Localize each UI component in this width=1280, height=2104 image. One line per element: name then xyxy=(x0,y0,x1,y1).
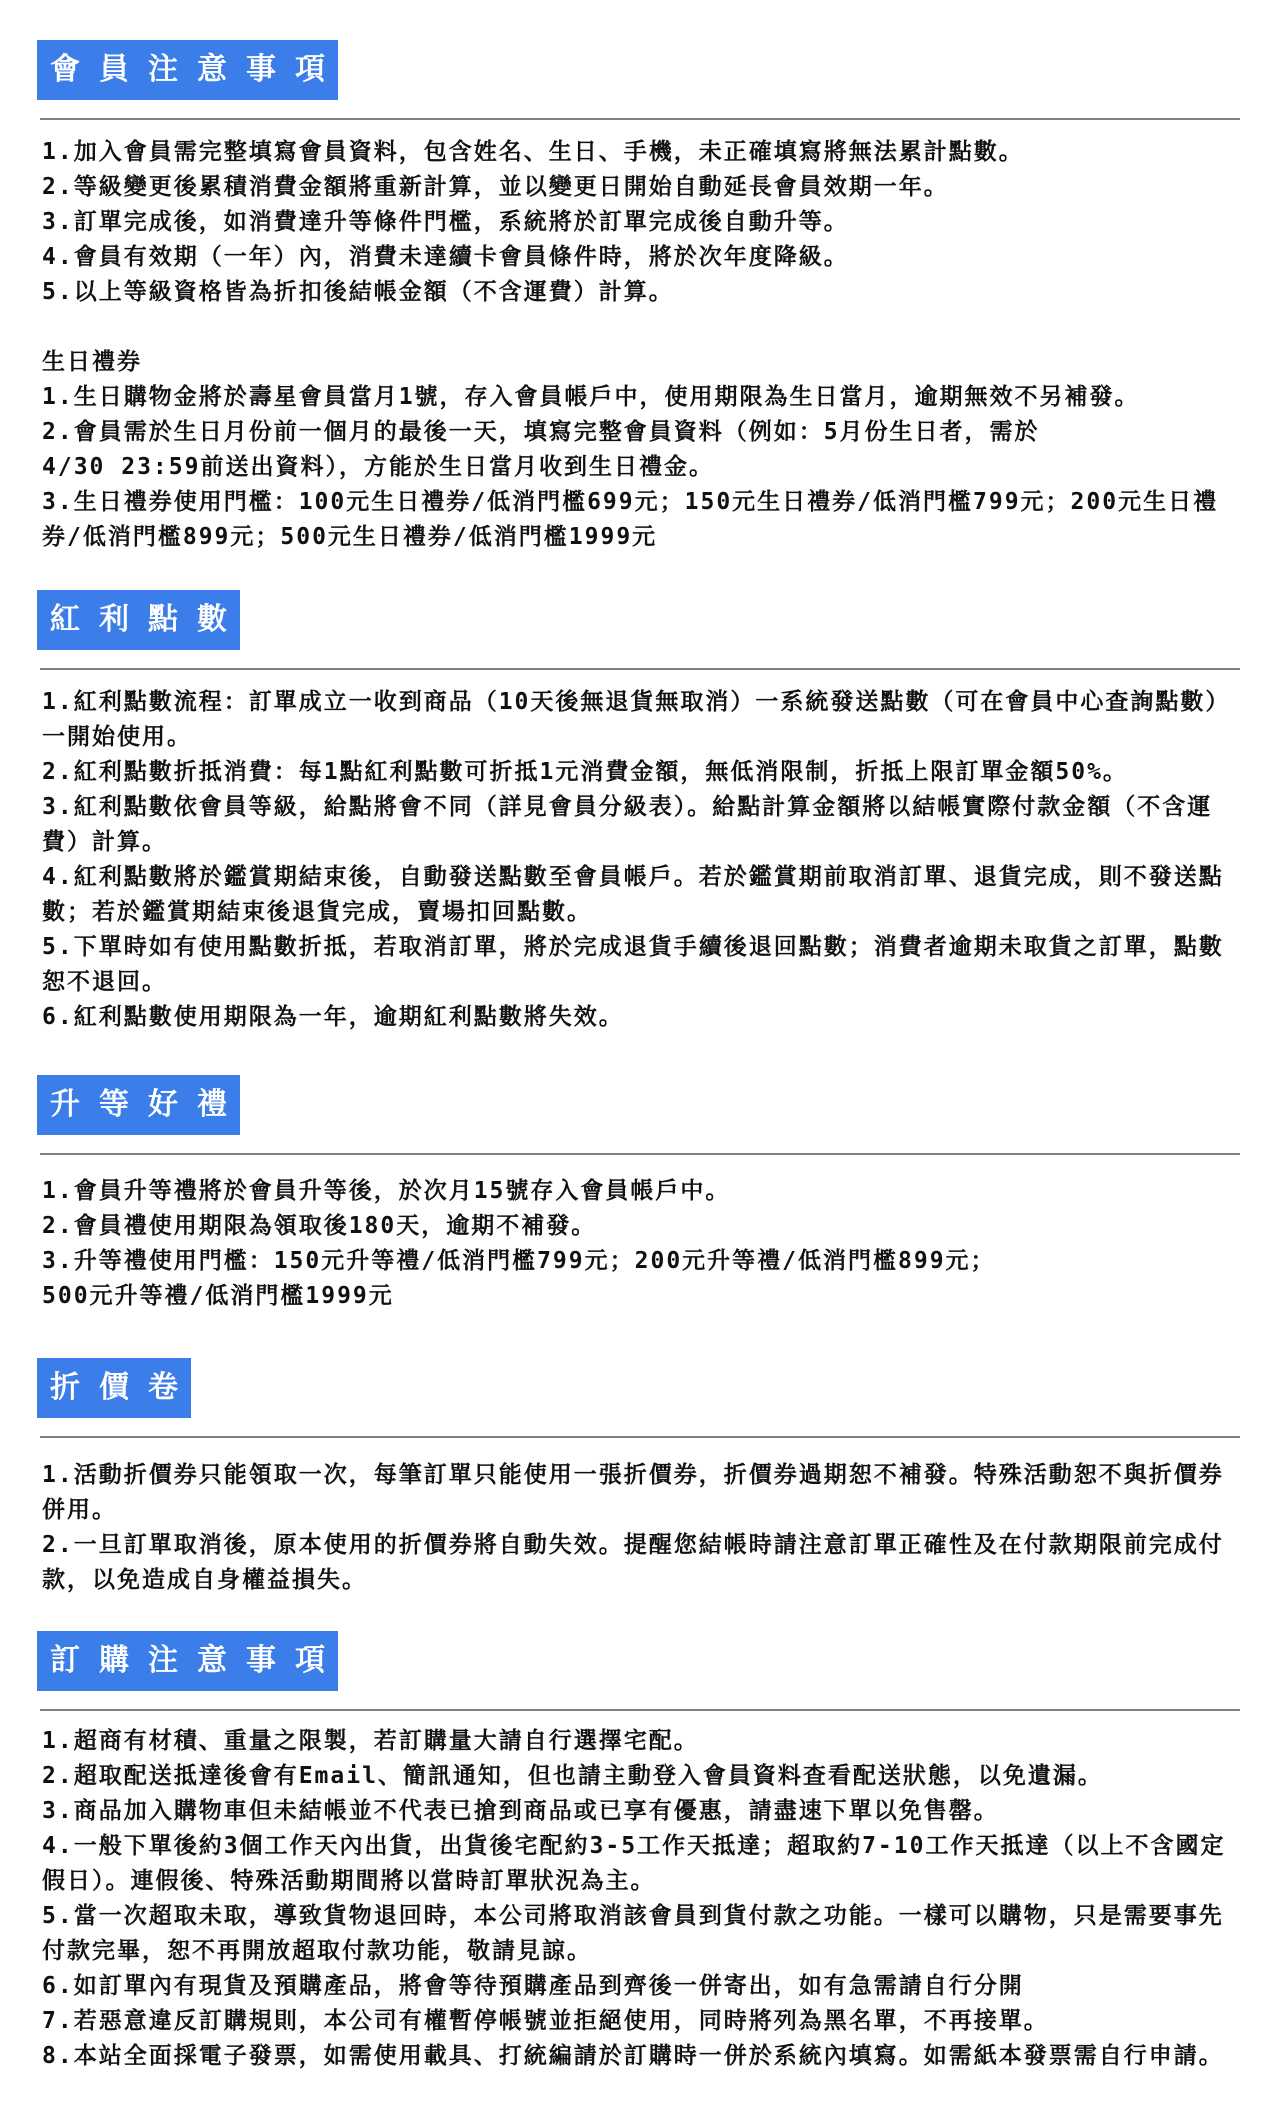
section-divider xyxy=(40,668,1240,670)
list-item: 1.加入會員需完整填寫會員資料，包含姓名、生日、手機，未正確填寫將無法累計點數。 xyxy=(42,135,1238,170)
section-divider xyxy=(40,1709,1240,1711)
section-content: 1.加入會員需完整填寫會員資料，包含姓名、生日、手機，未正確填寫將無法累計點數。… xyxy=(40,135,1238,555)
section-title: 訂購注意事項 xyxy=(50,1643,344,1678)
section-member-notes: 會員注意事項 1.加入會員需完整填寫會員資料，包含姓名、生日、手機，未正確填寫將… xyxy=(40,40,1240,555)
notice-page: 會員注意事項 1.加入會員需完整填寫會員資料，包含姓名、生日、手機，未正確填寫將… xyxy=(0,0,1280,2104)
section-divider xyxy=(40,1436,1240,1438)
list-item: 4.紅利點數將於鑑賞期結束後，自動發送點數至會員帳戶。若於鑑賞期前取消訂單、退貨… xyxy=(42,860,1238,930)
section-title-badge: 訂購注意事項 xyxy=(37,1631,338,1691)
list-item: 2.一旦訂單取消後，原本使用的折價券將自動失效。提醒您結帳時請注意訂單正確性及在… xyxy=(42,1528,1238,1598)
section-title: 紅利點數 xyxy=(50,602,246,637)
section-bonus-points: 紅利點數 1.紅利點數流程：訂單成立一收到商品（10天後無退貨無取消）一系統發送… xyxy=(40,590,1240,1035)
list-item: 4.會員有效期（一年）內，消費未達續卡會員條件時，將於次年度降級。 xyxy=(42,240,1238,275)
section-title-badge: 升等好禮 xyxy=(37,1075,240,1135)
section-header: 紅利點數 xyxy=(40,590,1240,650)
list-item: 2.超取配送抵達後會有Email、簡訊通知，但也請主動登入會員資料查看配送狀態，… xyxy=(42,1759,1238,1794)
list-item: 2.會員需於生日月份前一個月的最後一天，填寫完整會員資料（例如：5月份生日者，需… xyxy=(42,415,1238,485)
section-coupons: 折價卷 1.活動折價券只能領取一次，每筆訂單只能使用一張折價券，折價券過期恕不補… xyxy=(40,1358,1240,1598)
list-item: 2.等級變更後累積消費金額將重新計算，並以變更日開始自動延長會員效期一年。 xyxy=(42,170,1238,205)
section-divider xyxy=(40,118,1240,120)
list-item: 4.一般下單後約3個工作天內出貨，出貨後宅配約3-5工作天抵達；超取約7-10工… xyxy=(42,1829,1238,1899)
list-item: 6.紅利點數使用期限為一年，逾期紅利點數將失效。 xyxy=(42,1000,1238,1035)
list-item: 3.紅利點數依會員等級，給點將會不同（詳見會員分級表）。給點計算金額將以結帳實際… xyxy=(42,790,1238,860)
list-item: 3.升等禮使用門檻：150元升等禮/低消門檻799元；200元升等禮/低消門檻8… xyxy=(42,1244,1238,1314)
list-item: 1.活動折價券只能領取一次，每筆訂單只能使用一張折價券，折價券過期恕不補發。特殊… xyxy=(42,1458,1238,1528)
list-item: 2.會員禮使用期限為領取後180天，逾期不補發。 xyxy=(42,1209,1238,1244)
list-item: 3.商品加入購物車但未結帳並不代表已搶到商品或已享有優惠，請盡速下單以免售罄。 xyxy=(42,1794,1238,1829)
section-content: 1.活動折價券只能領取一次，每筆訂單只能使用一張折價券，折價券過期恕不補發。特殊… xyxy=(40,1458,1238,1598)
section-title: 升等好禮 xyxy=(50,1087,246,1122)
section-header: 訂購注意事項 xyxy=(40,1631,1240,1691)
list-item: 5.以上等級資格皆為折扣後結帳金額（不含運費）計算。 xyxy=(42,275,1238,310)
section-divider xyxy=(40,1153,1240,1155)
section-title-badge: 紅利點數 xyxy=(37,590,240,650)
subsection-title-birthday-voucher: 生日禮券 xyxy=(42,345,1238,380)
section-header: 折價卷 xyxy=(40,1358,1240,1418)
list-item: 5.當一次超取未取，導致貨物退回時，本公司將取消該會員到貨付款之功能。一樣可以購… xyxy=(42,1899,1238,1969)
section-upgrade-gifts: 升等好禮 1.會員升等禮將於會員升等後，於次月15號存入會員帳戶中。 2.會員禮… xyxy=(40,1075,1240,1314)
list-item: 1.會員升等禮將於會員升等後，於次月15號存入會員帳戶中。 xyxy=(42,1174,1238,1209)
section-content: 1.會員升等禮將於會員升等後，於次月15號存入會員帳戶中。 2.會員禮使用期限為… xyxy=(40,1174,1238,1314)
section-header: 會員注意事項 xyxy=(40,40,1240,100)
section-title-badge: 會員注意事項 xyxy=(37,40,338,100)
list-item: 6.如訂單內有現貨及預購產品，將會等待預購產品到齊後一併寄出，如有急需請自行分開 xyxy=(42,1969,1238,2004)
list-item: 1.紅利點數流程：訂單成立一收到商品（10天後無退貨無取消）一系統發送點數（可在… xyxy=(42,685,1238,755)
section-content: 1.超商有材積、重量之限製，若訂購量大請自行選擇宅配。 2.超取配送抵達後會有E… xyxy=(40,1724,1238,2074)
section-header: 升等好禮 xyxy=(40,1075,1240,1135)
section-content: 1.紅利點數流程：訂單成立一收到商品（10天後無退貨無取消）一系統發送點數（可在… xyxy=(40,685,1238,1035)
list-item: 1.生日購物金將於壽星會員當月1號，存入會員帳戶中，使用期限為生日當月，逾期無效… xyxy=(42,380,1238,415)
section-title: 會員注意事項 xyxy=(50,52,344,87)
section-title: 折價卷 xyxy=(50,1370,197,1405)
list-item: 8.本站全面採電子發票，如需使用載具、打統編請於訂購時一併於系統內填寫。如需紙本… xyxy=(42,2039,1238,2074)
list-item: 3.生日禮券使用門檻：100元生日禮券/低消門檻699元；150元生日禮券/低消… xyxy=(42,485,1238,555)
list-item: 7.若惡意違反訂購規則，本公司有權暫停帳號並拒絕使用，同時將列為黑名單，不再接單… xyxy=(42,2004,1238,2039)
list-item: 2.紅利點數折抵消費：每1點紅利點數可折抵1元消費金額，無低消限制，折抵上限訂單… xyxy=(42,755,1238,790)
list-item: 3.訂單完成後，如消費達升等條件門檻，系統將於訂單完成後自動升等。 xyxy=(42,205,1238,240)
section-title-badge: 折價卷 xyxy=(37,1358,191,1418)
section-order-notes: 訂購注意事項 1.超商有材積、重量之限製，若訂購量大請自行選擇宅配。 2.超取配… xyxy=(40,1631,1240,2074)
list-item: 5.下單時如有使用點數折抵，若取消訂單，將於完成退貨手續後退回點數；消費者逾期未… xyxy=(42,930,1238,1000)
list-item: 1.超商有材積、重量之限製，若訂購量大請自行選擇宅配。 xyxy=(42,1724,1238,1759)
